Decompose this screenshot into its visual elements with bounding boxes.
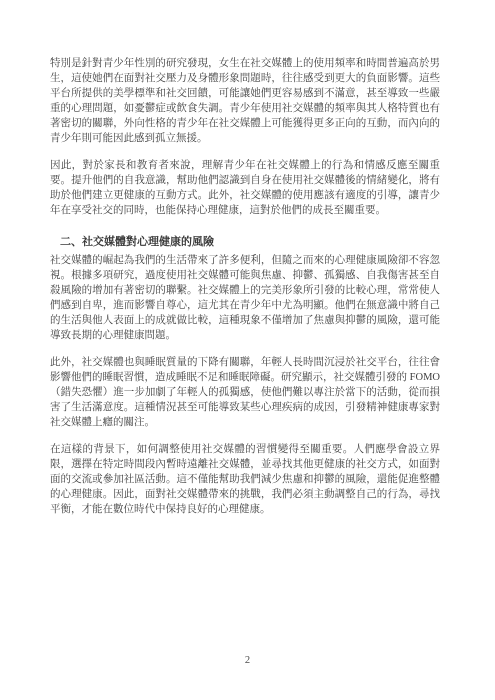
paragraph-parents-educators: 因此，對於家長和教育者來說，理解青少年在社交媒體上的行為和情感反應至關重要。提升… <box>50 158 440 218</box>
paragraph-risk-overview: 社交媒體的崛起為我們的生活帶來了許多便利，但隨之而來的心理健康風險卻不容忽視。根… <box>50 253 440 343</box>
paragraph-sleep-fomo: 此外，社交媒體也與睡眠質量的下降有關聯，年輕人長時間沉浸於社交平台，往往會影響他… <box>50 355 440 430</box>
document-body: 特別是針對青少年性別的研究發現，女生在社交媒體上的使用頻率和時間普遍高於男生，這… <box>50 56 440 529</box>
document-page: 特別是針對青少年性別的研究發現，女生在社交媒體上的使用頻率和時間普遍高於男生，這… <box>0 0 495 700</box>
section-heading-mental-health-risks: 二、社交媒體對心理健康的風險 <box>50 235 440 250</box>
page-number: 2 <box>0 654 495 667</box>
paragraph-habit-adjustment: 在這樣的背景下，如何調整使用社交媒體的習慣變得至關重要。人們應學會設立界限，選擇… <box>50 442 440 517</box>
paragraph-gender-findings: 特別是針對青少年性別的研究發現，女生在社交媒體上的使用頻率和時間普遍高於男生，這… <box>50 56 440 146</box>
